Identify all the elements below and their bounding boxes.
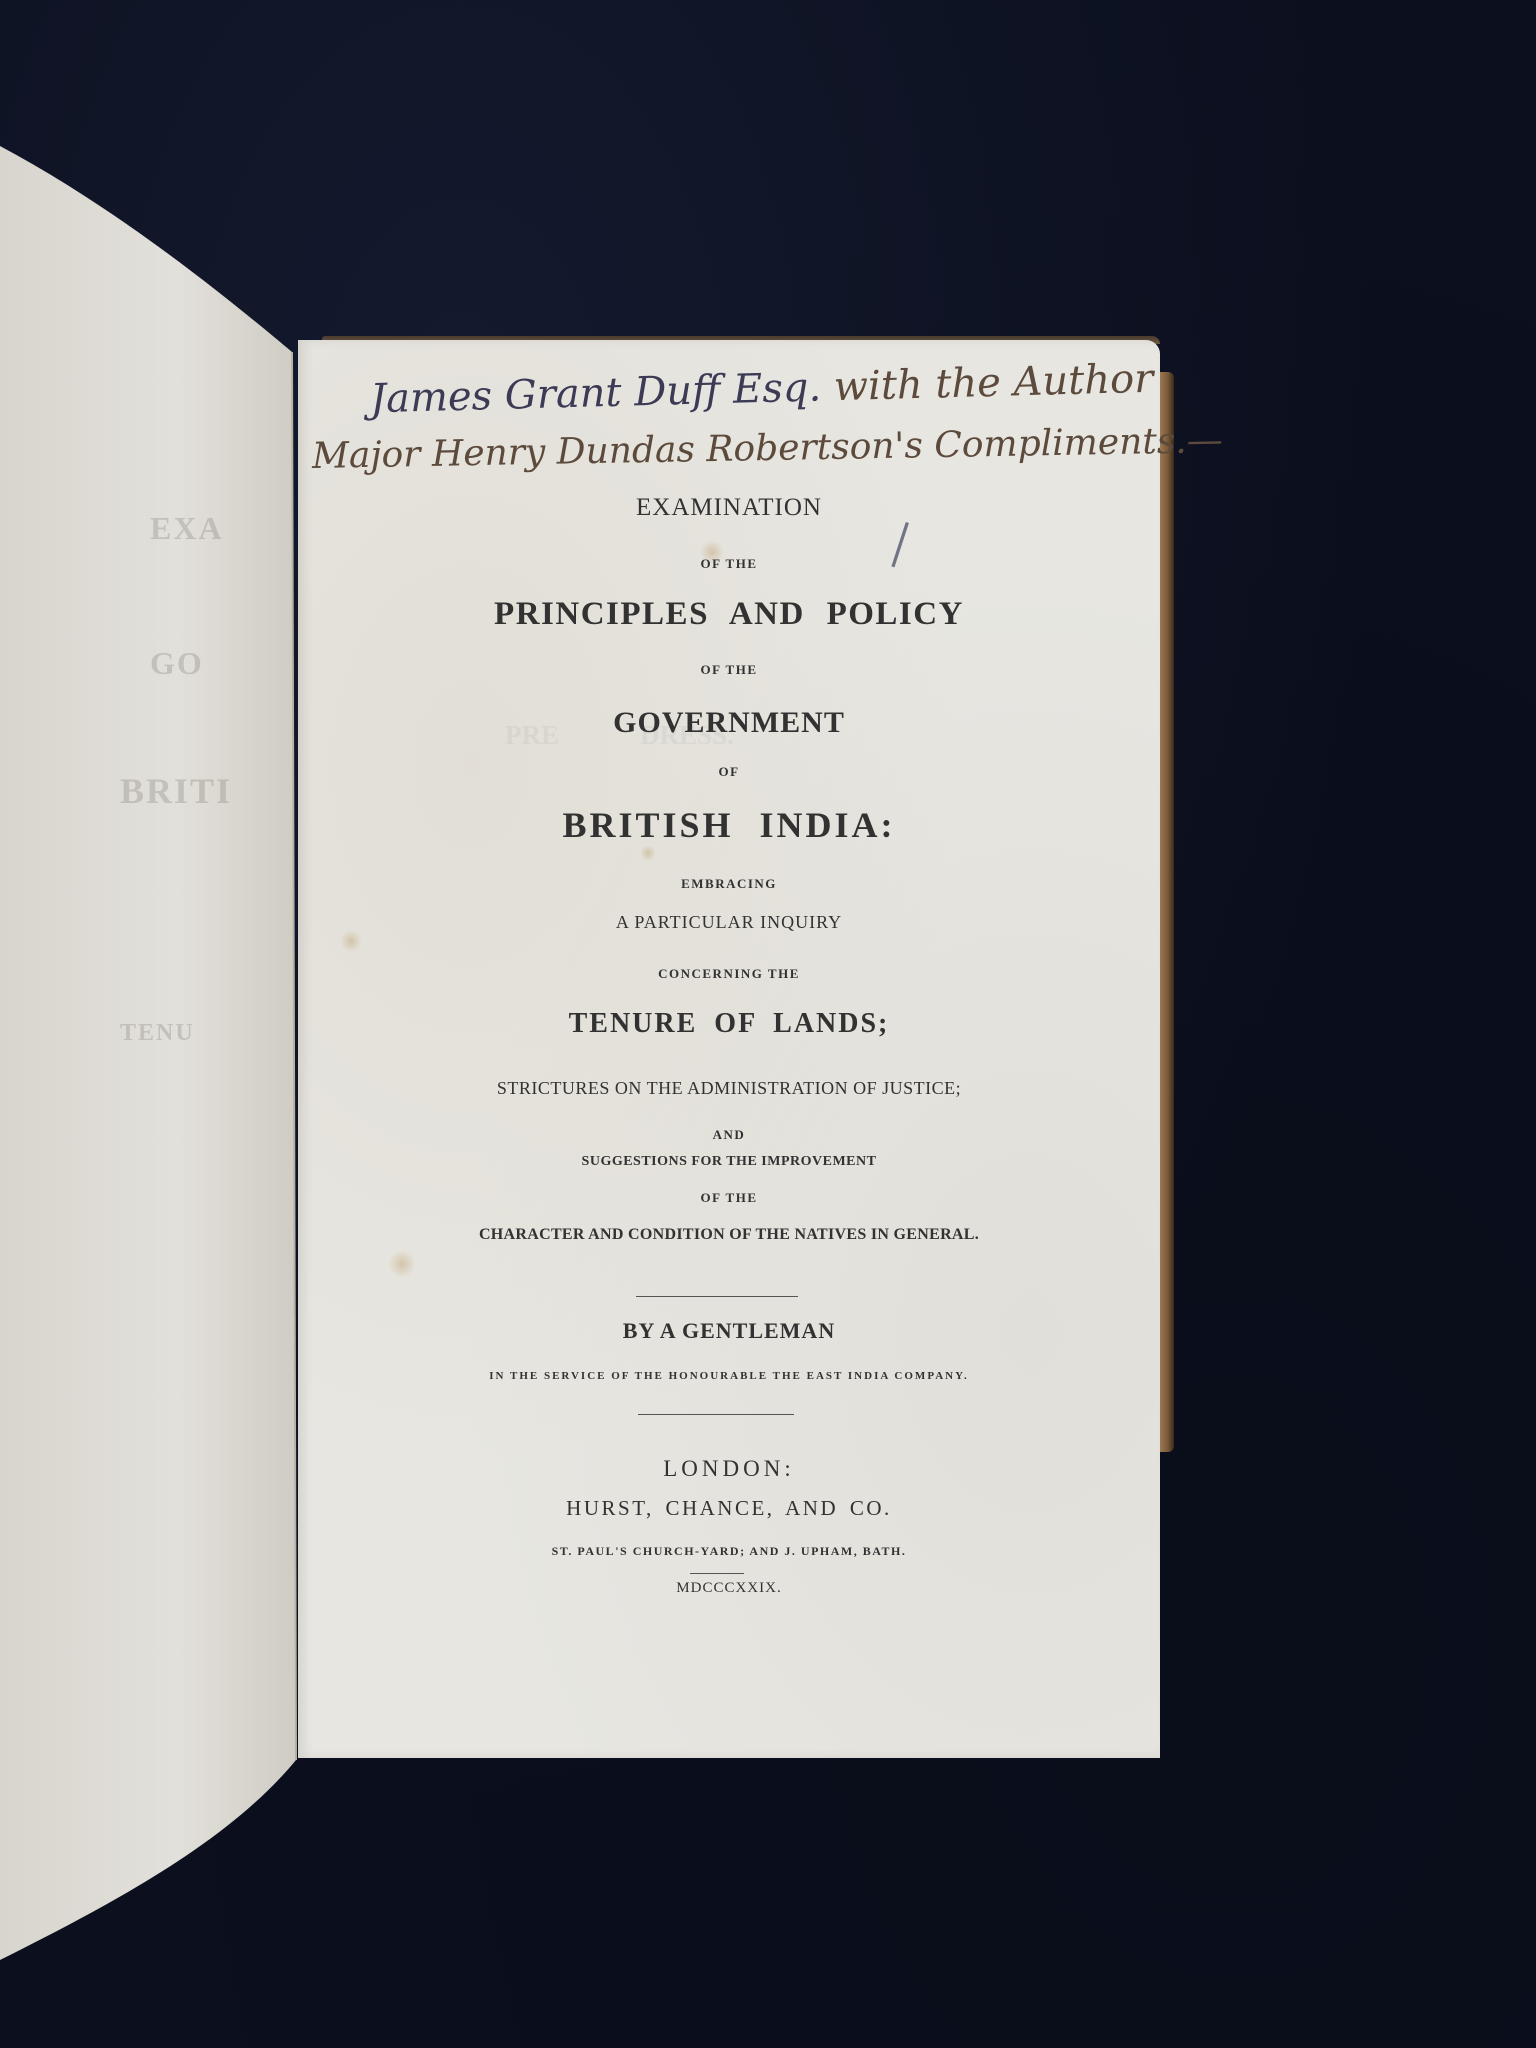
photo-scene: EXA GO BRITI TENU PRE DRESS. James Grant… [0, 0, 1536, 2048]
imprint-publisher: HURST, CHANCE, AND CO. [298, 1496, 1160, 1521]
subtitle-character-and-condition: CHARACTER AND CONDITION OF THE NATIVES I… [298, 1226, 1160, 1244]
author-line: BY A GENTLEMAN [298, 1318, 1160, 1344]
subtitle-suggestions: SUGGESTIONS FOR THE IMPROVEMENT [298, 1154, 1160, 1170]
book-cover-fore-edge [1158, 372, 1174, 1452]
left-page-bleed-text: TENU [120, 1020, 195, 1047]
divider-rule [636, 1296, 798, 1297]
imprint-city: LONDON: [298, 1456, 1160, 1482]
title-examination: EXAMINATION [298, 494, 1160, 522]
connector-of-the: OF THE [298, 1190, 1160, 1206]
connector-of-the: OF THE [298, 556, 1160, 572]
left-page-bleed-text: BRITI [120, 770, 232, 812]
subtitle-strictures: STRICTURES ON THE ADMINISTRATION OF JUST… [298, 1078, 1160, 1099]
foxing-spot [388, 1250, 416, 1278]
subtitle-particular-inquiry: A PARTICULAR INQUIRY [298, 912, 1160, 933]
title-british-india: BRITISH INDIA: [298, 804, 1160, 846]
left-page-bleed-text: GO [150, 645, 204, 682]
connector-and: AND [298, 1127, 1160, 1143]
imprint-address: ST. PAUL'S CHURCH-YARD; AND J. UPHAM, BA… [298, 1544, 1160, 1559]
divider-rule [690, 1573, 744, 1574]
inscription-with-author: with the Author [833, 356, 1154, 410]
foxing-spot [640, 845, 656, 861]
foxing-spot [340, 930, 362, 952]
left-page: EXA GO BRITI TENU [0, 0, 310, 2048]
author-service-line: IN THE SERVICE OF THE HONOURABLE THE EAS… [298, 1370, 1160, 1382]
title-government: GOVERNMENT [298, 706, 1160, 740]
divider-rule [638, 1414, 794, 1415]
connector-of: OF [298, 764, 1160, 780]
subtitle-concerning-the: CONCERNING THE [298, 966, 1160, 982]
imprint-year: MDCCCXXIX. [298, 1580, 1160, 1597]
title-principles-and-policy: PRINCIPLES AND POLICY [298, 596, 1160, 633]
left-page-bleed-text: EXA [150, 510, 224, 547]
subtitle-embracing: EMBRACING [298, 876, 1160, 892]
subtitle-tenure-of-lands: TENURE OF LANDS; [298, 1008, 1160, 1040]
connector-of-the: OF THE [298, 662, 1160, 678]
